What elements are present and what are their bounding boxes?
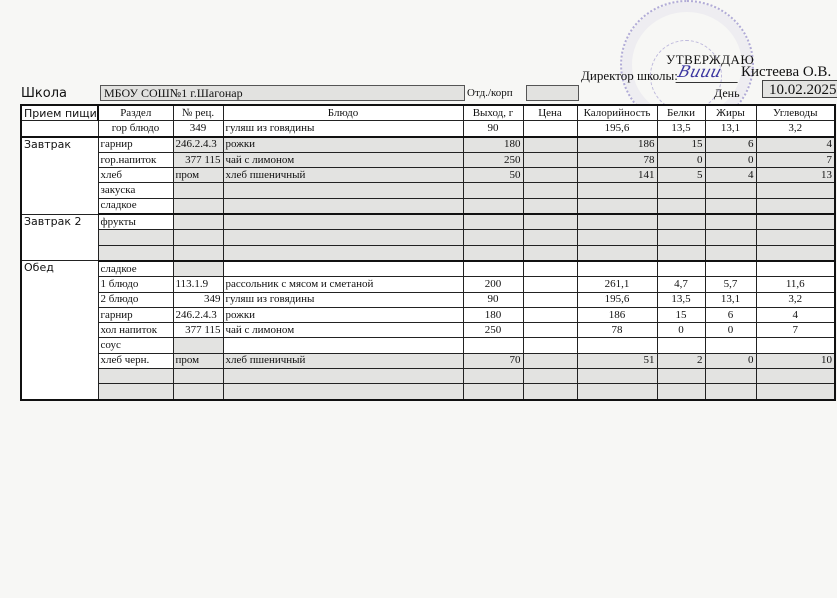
director-name: Кистеева О.В.: [741, 64, 831, 81]
meal-cell: [21, 121, 98, 137]
fat-cell[interactable]: [705, 245, 756, 261]
recipe-cell[interactable]: [173, 214, 223, 230]
section-cell[interactable]: [98, 230, 173, 245]
carbs-cell[interactable]: [756, 384, 835, 400]
protein-cell[interactable]: [657, 214, 705, 230]
fat-cell[interactable]: [705, 183, 756, 198]
protein-cell[interactable]: 13,5: [657, 292, 705, 307]
price-cell[interactable]: [523, 183, 577, 198]
fat-cell[interactable]: 13,1: [705, 121, 756, 137]
date-field[interactable]: 10.02.2025: [762, 80, 837, 98]
price-cell[interactable]: [523, 292, 577, 307]
protein-cell[interactable]: 15: [657, 307, 705, 322]
carbs-cell[interactable]: [756, 214, 835, 230]
table-row: хлеб черн.промхлеб пшеничный70512010: [21, 353, 835, 368]
table-body: гор блюдо349гуляш из говядины90195,613,5…: [21, 121, 835, 400]
yield-cell[interactable]: 180: [463, 307, 523, 322]
carbs-cell[interactable]: [756, 245, 835, 261]
table-row: Обедсладкое: [21, 261, 835, 277]
section-cell[interactable]: хол напиток: [98, 323, 173, 338]
price-cell[interactable]: [523, 230, 577, 245]
yield-cell[interactable]: [463, 384, 523, 400]
recipe-cell[interactable]: 113.1.9: [173, 277, 223, 292]
carbs-cell[interactable]: 10: [756, 353, 835, 368]
calories-cell[interactable]: [577, 183, 657, 198]
recipe-cell[interactable]: [173, 245, 223, 261]
price-cell[interactable]: [523, 277, 577, 292]
section-cell[interactable]: соус: [98, 338, 173, 353]
section-cell[interactable]: закуска: [98, 183, 173, 198]
price-cell[interactable]: [523, 214, 577, 230]
section-cell[interactable]: [98, 384, 173, 400]
protein-cell[interactable]: 0: [657, 152, 705, 167]
recipe-column-header: № рец.: [173, 105, 223, 121]
yield-cell[interactable]: [463, 261, 523, 277]
dish-cell[interactable]: рассольник с мясом и сметаной: [223, 277, 463, 292]
price-cell[interactable]: [523, 323, 577, 338]
table-row: хлебпромхлеб пшеничный501415413: [21, 168, 835, 183]
section-cell[interactable]: [98, 369, 173, 384]
fat-cell[interactable]: 4: [705, 168, 756, 183]
dish-cell[interactable]: [223, 214, 463, 230]
dept-label: Отд./корп: [467, 87, 513, 99]
carbs-cell[interactable]: 4: [756, 307, 835, 322]
calories-cell[interactable]: 186: [577, 307, 657, 322]
carbs-column-header: Углеводы: [756, 105, 835, 121]
dish-cell[interactable]: хлеб пшеничный: [223, 353, 463, 368]
fat-cell[interactable]: [705, 369, 756, 384]
calories-cell[interactable]: [577, 261, 657, 277]
section-cell[interactable]: [98, 245, 173, 261]
section-cell[interactable]: гарнир: [98, 307, 173, 322]
table-row: [21, 384, 835, 400]
yield-cell[interactable]: [463, 198, 523, 214]
recipe-cell[interactable]: 349: [173, 121, 223, 137]
dept-field[interactable]: [526, 85, 579, 101]
protein-cell[interactable]: [657, 384, 705, 400]
yield-cell[interactable]: 50: [463, 168, 523, 183]
price-cell[interactable]: [523, 137, 577, 153]
table-row: хол напиток377 115чай с лимоном25078007: [21, 323, 835, 338]
protein-cell[interactable]: 2: [657, 353, 705, 368]
director-label: Директор школы:: [581, 68, 678, 84]
fat-cell[interactable]: [705, 214, 756, 230]
carbs-cell[interactable]: 3,2: [756, 121, 835, 137]
table-row: гор блюдо349гуляш из говядины90195,613,5…: [21, 121, 835, 137]
recipe-cell[interactable]: 349: [173, 292, 223, 307]
yield-cell[interactable]: 200: [463, 277, 523, 292]
dish-cell[interactable]: [223, 245, 463, 261]
recipe-cell[interactable]: 377 115: [173, 323, 223, 338]
section-cell[interactable]: 1 блюдо: [98, 277, 173, 292]
yield-cell[interactable]: 90: [463, 121, 523, 137]
protein-cell[interactable]: 4,7: [657, 277, 705, 292]
calories-cell[interactable]: 195,6: [577, 121, 657, 137]
dish-cell[interactable]: [223, 183, 463, 198]
calories-cell[interactable]: 78: [577, 152, 657, 167]
price-cell[interactable]: [523, 353, 577, 368]
price-cell[interactable]: [523, 338, 577, 353]
table-row: Завтрак 2фрукты: [21, 214, 835, 230]
yield-cell[interactable]: [463, 230, 523, 245]
protein-cell[interactable]: [657, 198, 705, 214]
protein-cell[interactable]: [657, 230, 705, 245]
protein-cell[interactable]: 5: [657, 168, 705, 183]
price-cell[interactable]: [523, 152, 577, 167]
fat-cell[interactable]: 6: [705, 307, 756, 322]
price-cell[interactable]: [523, 121, 577, 137]
carbs-cell[interactable]: 3,2: [756, 292, 835, 307]
dish-cell[interactable]: [223, 261, 463, 277]
protein-cell[interactable]: [657, 183, 705, 198]
table-row: 2 блюдо349гуляш из говядины90195,613,513…: [21, 292, 835, 307]
fat-cell[interactable]: 5,7: [705, 277, 756, 292]
protein-cell[interactable]: 13,5: [657, 121, 705, 137]
dish-cell[interactable]: [223, 338, 463, 353]
section-cell[interactable]: хлеб черн.: [98, 353, 173, 368]
fat-column-header: Жиры: [705, 105, 756, 121]
carbs-cell[interactable]: 11,6: [756, 277, 835, 292]
protein-cell[interactable]: [657, 369, 705, 384]
table-row: [21, 230, 835, 245]
dish-cell[interactable]: чай с лимоном: [223, 152, 463, 167]
menu-table: Прием пищиРаздел№ рец.БлюдоВыход, гЦенаК…: [20, 104, 836, 401]
price-cell[interactable]: [523, 168, 577, 183]
dish-cell[interactable]: хлеб пшеничный: [223, 168, 463, 183]
section-cell[interactable]: сладкое: [98, 198, 173, 214]
recipe-cell[interactable]: [173, 369, 223, 384]
dish-cell[interactable]: [223, 198, 463, 214]
price-cell[interactable]: [523, 384, 577, 400]
table-row: сладкое: [21, 198, 835, 214]
carbs-cell[interactable]: 13: [756, 168, 835, 183]
yield-cell[interactable]: [463, 183, 523, 198]
yield-cell[interactable]: 250: [463, 323, 523, 338]
meal-cell: Завтрак: [21, 137, 98, 214]
section-column-header: Раздел: [98, 105, 173, 121]
yield-cell[interactable]: 90: [463, 292, 523, 307]
calories-cell[interactable]: 261,1: [577, 277, 657, 292]
recipe-cell[interactable]: 246.2.4.3: [173, 307, 223, 322]
calories-cell[interactable]: [577, 384, 657, 400]
recipe-cell[interactable]: пром: [173, 168, 223, 183]
recipe-cell[interactable]: [173, 261, 223, 277]
dish-cell[interactable]: чай с лимоном: [223, 323, 463, 338]
calories-cell[interactable]: 195,6: [577, 292, 657, 307]
dish-cell[interactable]: [223, 384, 463, 400]
calories-cell[interactable]: [577, 230, 657, 245]
fat-cell[interactable]: [705, 261, 756, 277]
table-row: Завтракгарнир246.2.4.3рожки1801861564: [21, 137, 835, 153]
calories-cell[interactable]: [577, 245, 657, 261]
carbs-cell[interactable]: [756, 261, 835, 277]
yield-cell[interactable]: 250: [463, 152, 523, 167]
recipe-cell[interactable]: [173, 338, 223, 353]
director-signature: Bиии: [675, 64, 742, 83]
price-cell[interactable]: [523, 245, 577, 261]
fat-cell[interactable]: 0: [705, 353, 756, 368]
table-row: [21, 245, 835, 261]
meal-column-header: Прием пищи: [21, 105, 98, 121]
recipe-cell[interactable]: [173, 230, 223, 245]
protein-column-header: Белки: [657, 105, 705, 121]
carbs-cell[interactable]: 7: [756, 152, 835, 167]
carbs-cell[interactable]: 4: [756, 137, 835, 153]
dish-cell[interactable]: рожки: [223, 137, 463, 153]
carbs-cell[interactable]: [756, 338, 835, 353]
price-cell[interactable]: [523, 198, 577, 214]
protein-cell[interactable]: 0: [657, 323, 705, 338]
fat-cell[interactable]: [705, 230, 756, 245]
recipe-cell[interactable]: [173, 198, 223, 214]
price-cell[interactable]: [523, 369, 577, 384]
fat-cell[interactable]: [705, 198, 756, 214]
calories-cell[interactable]: 141: [577, 168, 657, 183]
table-row: 1 блюдо113.1.9рассольник с мясом и смета…: [21, 277, 835, 292]
yield-cell[interactable]: [463, 214, 523, 230]
section-cell[interactable]: гор.напиток: [98, 152, 173, 167]
section-cell[interactable]: хлеб: [98, 168, 173, 183]
price-column-header: Цена: [523, 105, 577, 121]
dish-cell[interactable]: [223, 369, 463, 384]
calories-cell[interactable]: [577, 198, 657, 214]
price-cell[interactable]: [523, 261, 577, 277]
school-name-field[interactable]: МБОУ СОШ№1 г.Шагонар: [100, 85, 465, 101]
protein-cell[interactable]: [657, 245, 705, 261]
protein-cell[interactable]: 15: [657, 137, 705, 153]
recipe-cell[interactable]: [173, 384, 223, 400]
dish-cell[interactable]: рожки: [223, 307, 463, 322]
recipe-cell[interactable]: 377 115: [173, 152, 223, 167]
table-row: гарнир246.2.4.3рожки1801861564: [21, 307, 835, 322]
carbs-cell[interactable]: [756, 230, 835, 245]
fat-cell[interactable]: [705, 384, 756, 400]
section-cell[interactable]: фрукты: [98, 214, 173, 230]
yield-cell[interactable]: 70: [463, 353, 523, 368]
carbs-cell[interactable]: [756, 198, 835, 214]
section-cell[interactable]: гор блюдо: [98, 121, 173, 137]
recipe-cell[interactable]: пром: [173, 353, 223, 368]
yield-cell[interactable]: [463, 245, 523, 261]
section-cell[interactable]: гарнир: [98, 137, 173, 153]
carbs-cell[interactable]: 7: [756, 323, 835, 338]
calories-cell[interactable]: 51: [577, 353, 657, 368]
calories-cell[interactable]: [577, 214, 657, 230]
yield-column-header: Выход, г: [463, 105, 523, 121]
dish-cell[interactable]: [223, 230, 463, 245]
calories-cell[interactable]: [577, 369, 657, 384]
calories-cell[interactable]: 78: [577, 323, 657, 338]
yield-cell[interactable]: [463, 369, 523, 384]
yield-cell[interactable]: [463, 338, 523, 353]
fat-cell[interactable]: 6: [705, 137, 756, 153]
protein-cell[interactable]: [657, 338, 705, 353]
table-row: соус: [21, 338, 835, 353]
fat-cell[interactable]: 13,1: [705, 292, 756, 307]
yield-cell[interactable]: 180: [463, 137, 523, 153]
table-header-row: Прием пищиРаздел№ рец.БлюдоВыход, гЦенаК…: [21, 105, 835, 121]
day-label: День: [714, 86, 740, 101]
section-cell[interactable]: 2 блюдо: [98, 292, 173, 307]
carbs-cell[interactable]: [756, 369, 835, 384]
fat-cell[interactable]: 0: [705, 323, 756, 338]
calories-column-header: Калорийность: [577, 105, 657, 121]
price-cell[interactable]: [523, 307, 577, 322]
calories-cell[interactable]: 186: [577, 137, 657, 153]
recipe-cell[interactable]: [173, 183, 223, 198]
meal-cell: Обед: [21, 261, 98, 400]
meal-cell: Завтрак 2: [21, 214, 98, 261]
dish-cell[interactable]: гуляш из говядины: [223, 292, 463, 307]
carbs-cell[interactable]: [756, 183, 835, 198]
protein-cell[interactable]: [657, 261, 705, 277]
recipe-cell[interactable]: 246.2.4.3: [173, 137, 223, 153]
table-row: гор.напиток377 115чай с лимоном25078007: [21, 152, 835, 167]
dish-column-header: Блюдо: [223, 105, 463, 121]
table-row: закуска: [21, 183, 835, 198]
table-row: [21, 369, 835, 384]
fat-cell[interactable]: 0: [705, 152, 756, 167]
school-label: Школа: [21, 86, 67, 101]
section-cell[interactable]: сладкое: [98, 261, 173, 277]
dish-cell[interactable]: гуляш из говядины: [223, 121, 463, 137]
calories-cell[interactable]: [577, 338, 657, 353]
fat-cell[interactable]: [705, 338, 756, 353]
